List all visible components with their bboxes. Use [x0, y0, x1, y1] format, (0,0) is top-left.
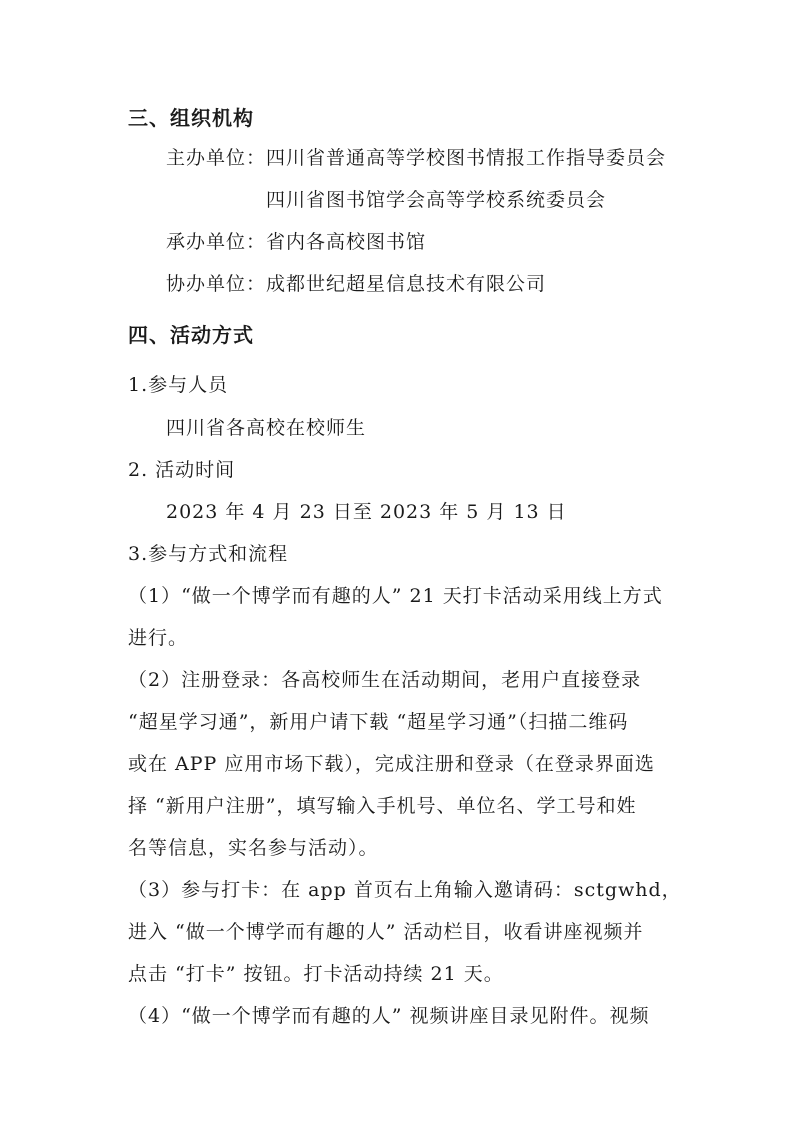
item1-title: 1.参与人员: [128, 373, 228, 397]
organizer-1: 四川省普通高等学校图书情报工作指导委员会: [266, 146, 666, 170]
item2-body: 2023 年 4 月 23 日至 2023 年 5 月 13 日: [166, 500, 567, 524]
paragraph-2-line-3: 或在 APP 应用市场下载），完成注册和登录（在登录界面选: [128, 752, 655, 776]
paragraph-4-line-1: （4）“做一个博学而有趣的人” 视频讲座目录见附件。视频: [128, 1004, 650, 1028]
host: 省内各高校图书馆: [266, 230, 426, 254]
section-heading-activity: 四、活动方式: [128, 323, 254, 347]
paragraph-2-line-2: “超星学习通”，新用户请下载 “超星学习通”（扫描二维码: [128, 710, 628, 734]
paragraph-2-line-1: （2）注册登录：各高校师生在活动期间，老用户直接登录: [128, 668, 641, 692]
paragraph-2-line-5: 名等信息，实名参与活动）。: [128, 836, 379, 860]
paragraph-2-line-4: 择 “新用户注册”，填写输入手机号、单位名、学工号和姓: [128, 794, 636, 818]
paragraph-1-line-2: 进行。: [128, 626, 188, 650]
item2-title: 2. 活动时间: [128, 458, 235, 482]
item3-title: 3.参与方式和流程: [128, 542, 288, 566]
item1-body: 四川省各高校在校师生: [166, 416, 366, 440]
organizer-2: 四川省图书馆学会高等学校系统委员会: [266, 188, 606, 212]
paragraph-3-line-1: （3）参与打卡：在 app 首页右上角输入邀请码：sctgwhd，: [128, 878, 682, 902]
paragraph-3-line-2: 进入 “做一个博学而有趣的人” 活动栏目，收看讲座视频并: [128, 920, 644, 944]
organizer-label: 主办单位：: [166, 146, 266, 170]
host-label: 承办单位：: [166, 230, 266, 254]
co-organizer: 成都世纪超星信息技术有限公司: [266, 272, 546, 296]
paragraph-3-line-3: 点击 “打卡” 按钮。打卡活动持续 21 天。: [128, 962, 504, 986]
paragraph-1-line-1: （1）“做一个博学而有趣的人” 21 天打卡活动采用线上方式: [128, 584, 663, 608]
co-organizer-label: 协办单位：: [166, 272, 266, 296]
section-heading-organization: 三、组织机构: [128, 106, 254, 130]
